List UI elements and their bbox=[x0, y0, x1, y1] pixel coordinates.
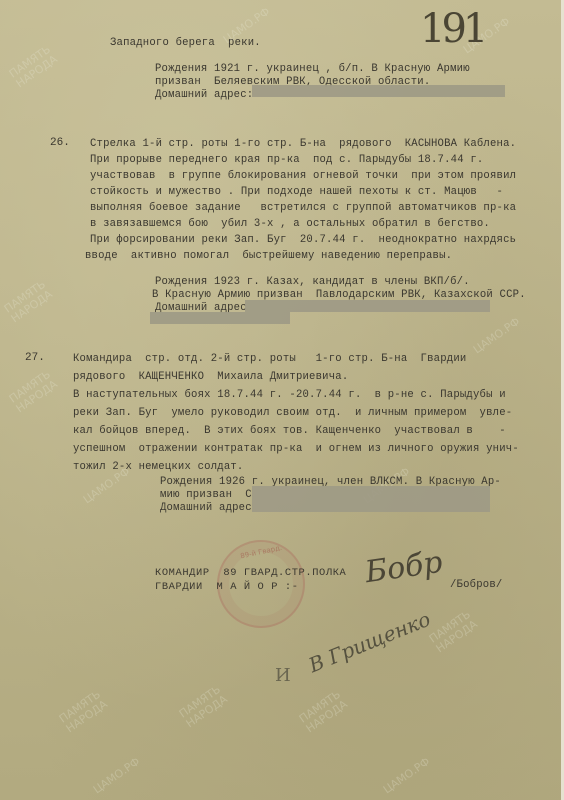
handwritten-page-number: 191 bbox=[420, 6, 484, 52]
entry-text-line: Командира стр. отд. 2-й стр. роты 1-го с… bbox=[73, 352, 466, 366]
redacted-address bbox=[252, 85, 505, 97]
entry-number: 26. bbox=[50, 137, 70, 149]
entry-text-line: тожил 2-х немецких солдат. bbox=[73, 460, 244, 474]
handwritten-mark: И bbox=[275, 665, 291, 686]
watermark: ЦАМО.РФ bbox=[381, 756, 432, 797]
watermark: ПАМЯТЬ НАРОДА bbox=[297, 689, 349, 736]
entry-text-line: вводе активно помогал быстрейшему наведе… bbox=[85, 249, 452, 263]
redacted-address bbox=[245, 300, 490, 312]
scanned-document-page: ПАМЯТЬ НАРОДА ЦАМО.РФ ЦАМО.РФ ПАМЯТЬ НАР… bbox=[0, 0, 564, 800]
home-address-label: Домашний адрес: bbox=[155, 88, 253, 102]
entry-text-line: успешном отражении контратак пр-ка и огн… bbox=[73, 442, 519, 456]
watermark: ПАМЯТЬ НАРОДА bbox=[427, 609, 479, 656]
entry-number: 27. bbox=[25, 352, 45, 364]
entry-text-line: в завязавшемся бою убил 3-х , а остальны… bbox=[90, 217, 490, 231]
bio-line: Рождения 1921 г. украинец , б/п. В Красн… bbox=[155, 62, 470, 76]
entry-text-line: стойкость и мужество . При подходе нашей… bbox=[90, 185, 503, 199]
handwritten-note: В Грищенко bbox=[305, 607, 434, 678]
entry-text-line: кал бойцов вперед. В этих боях тов. Каще… bbox=[73, 424, 506, 438]
home-address-label: Домашний адрес bbox=[160, 501, 252, 515]
entry-text-line: реки Зап. Буг умело руководил своим отд.… bbox=[73, 406, 512, 420]
signatory-name: /Бобров/ bbox=[450, 578, 502, 592]
watermark: ПАМЯТЬ НАРОДА bbox=[57, 689, 109, 736]
watermark: ЦАМО.РФ bbox=[91, 756, 142, 797]
watermark: ПАМЯТЬ НАРОДА bbox=[177, 684, 229, 731]
bio-line: Рождения 1923 г. Казах, кандидат в члены… bbox=[155, 275, 470, 289]
watermark: ЦАМО.РФ bbox=[471, 316, 522, 357]
text-line: Западного берега реки. bbox=[110, 36, 261, 50]
entry-text-line: участвовав в группе блокирования огневой… bbox=[90, 169, 516, 183]
handwritten-signature: Бобр bbox=[363, 545, 445, 590]
entry-text-line: выполняя боевое задание встретился с гру… bbox=[90, 201, 516, 215]
bio-line: мию призван С bbox=[160, 488, 252, 502]
entry-text-line: При форсировании реки Зап. Буг 20.7.44 г… bbox=[90, 233, 516, 247]
entry-text-line: Стрелка 1-й стр. роты 1-го стр. Б-на ряд… bbox=[90, 137, 516, 151]
redacted-address bbox=[252, 486, 490, 512]
watermark: ПАМЯТЬ НАРОДА bbox=[7, 44, 59, 91]
entry-text-line: При прорыве переднего края пр-ка под с. … bbox=[90, 153, 483, 167]
watermark: ПАМЯТЬ НАРОДА bbox=[2, 279, 54, 326]
watermark: ПАМЯТЬ НАРОДА bbox=[7, 369, 59, 416]
entry-text-line: рядового КАЩЕНЧЕНКО Михаила Дмитриевича. bbox=[73, 370, 348, 384]
redacted-address bbox=[150, 312, 290, 324]
signatory-title: КОМАНДИР 89 ГВАРД.СТР.ПОЛКА bbox=[155, 566, 346, 580]
signatory-rank: ГВАРДИИ М А Й О Р :- bbox=[155, 580, 299, 594]
entry-text-line: В наступательных боях 18.7.44 г. -20.7.4… bbox=[73, 388, 506, 402]
